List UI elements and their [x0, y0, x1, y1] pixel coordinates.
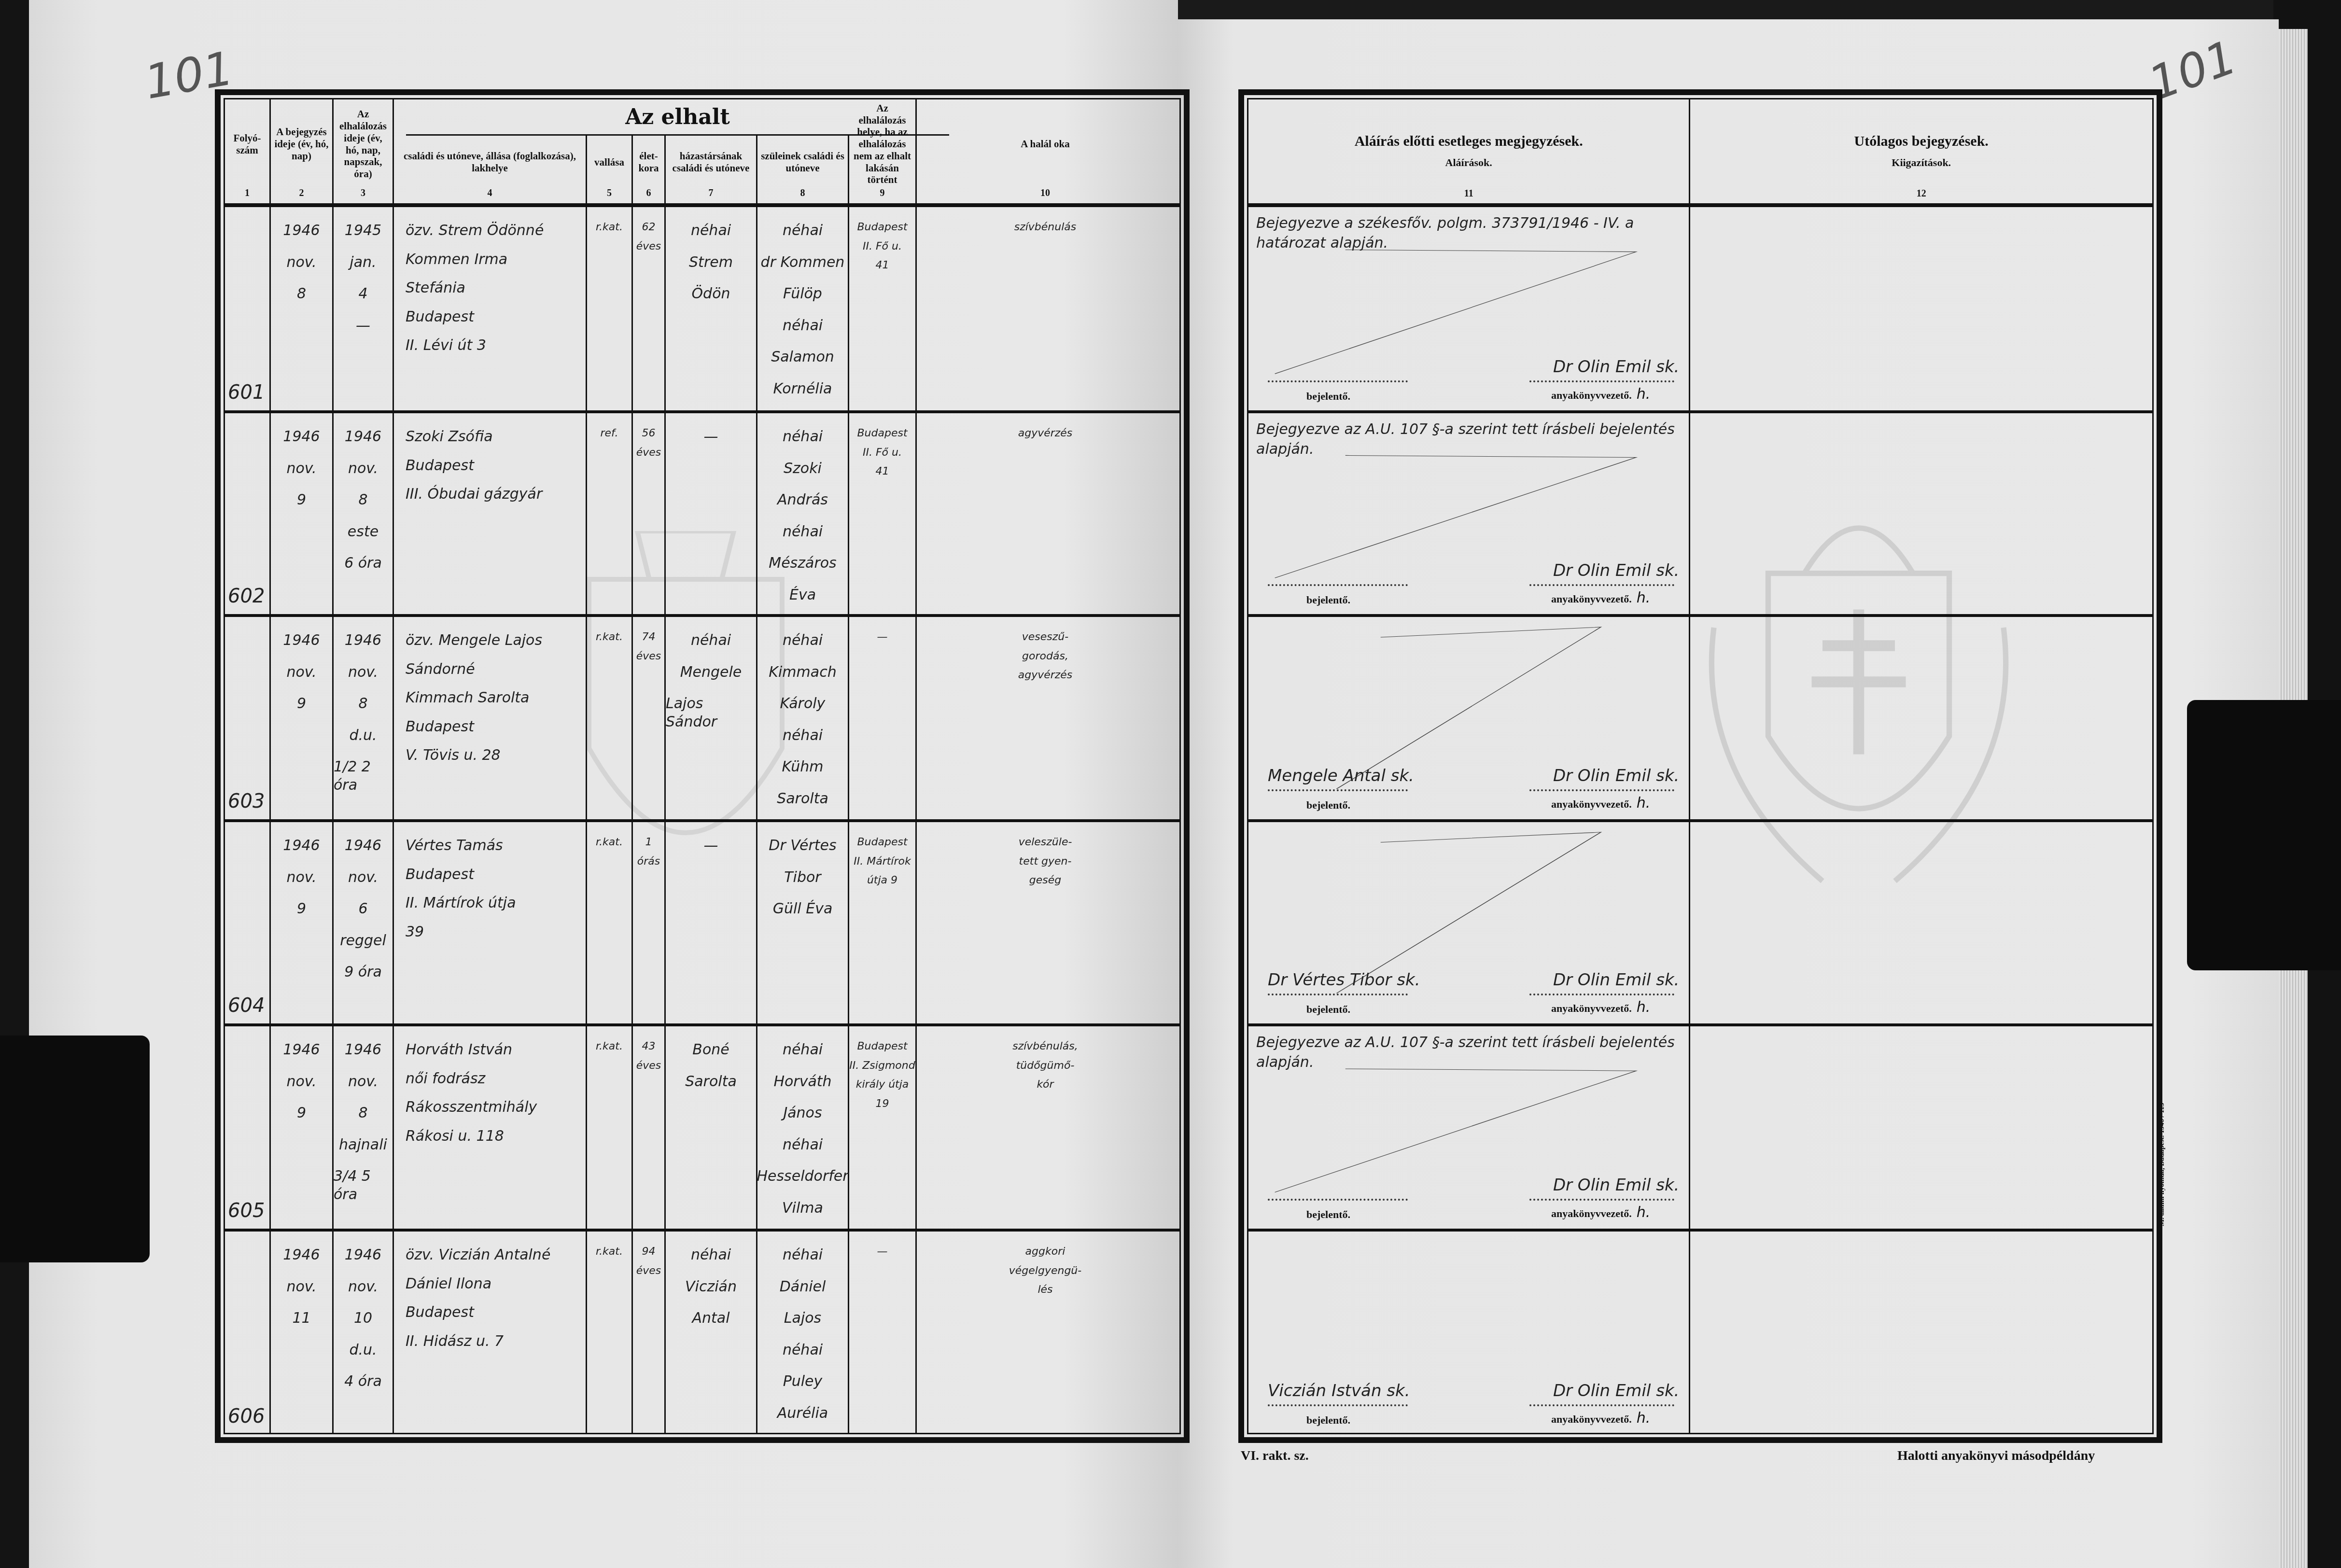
deceased-line: Budapest: [406, 1303, 474, 1322]
parents-line: Hesseldorfer: [757, 1167, 848, 1186]
cell-cause: veleszüle-tett gyen-geség: [917, 822, 1174, 1023]
registered-line: 1946: [283, 428, 320, 446]
column-label: A halál oka: [1018, 138, 1073, 150]
column-label: vallása: [591, 156, 627, 168]
parents-line: Güll Éva: [773, 900, 833, 918]
header-col-7: házastársának családi és utóneve7: [666, 136, 757, 203]
registered-line: nov.: [286, 253, 316, 272]
declarant-label: bejelentő.: [1306, 390, 1350, 403]
remark-text: Bejegyezve a székesfőv. polgm. 373791/19…: [1256, 214, 1681, 253]
deceased-line: özv. Strem Ödönné: [406, 222, 544, 240]
parents-line: Mészáros: [769, 554, 836, 573]
signature-line: [1529, 1199, 1674, 1201]
remarks-cell: Bejegyezve az A.U. 107 §-a szerint tett …: [1248, 413, 1690, 614]
remarks-cell: Viczián István sk.Dr Olin Emil sk.bejele…: [1248, 1232, 1690, 1434]
table-row: 6011946nov.81945jan.4—özv. Strem ÖdönnéK…: [225, 207, 1179, 413]
signature-line: [1268, 789, 1408, 791]
deceased-line: Rákosi u. 118: [406, 1127, 504, 1146]
cell-age: 62éves: [633, 207, 666, 410]
place-of-death-line: II. Fő u.: [863, 240, 902, 253]
died-line: 1946: [345, 1041, 381, 1059]
cause-line: lés: [1037, 1283, 1052, 1297]
cell-parents: néhaiHorváthJánosnéhaiHesseldorferVilma: [757, 1026, 849, 1229]
header-col-6: élet-kora6: [633, 136, 666, 203]
died-line: 1946: [345, 1246, 381, 1264]
deceased-line: Budapest: [406, 308, 474, 326]
cell-religion: r.kat.: [587, 617, 633, 819]
place-of-death-line: 41: [876, 259, 889, 272]
declarant-label: bejelentő.: [1306, 1414, 1350, 1427]
cell-cause: szívbénulás,tüdőgümő-kór: [917, 1026, 1174, 1229]
religion-value: r.kat.: [596, 221, 623, 234]
registered-line: 1946: [283, 222, 320, 240]
signature-line: [1268, 380, 1408, 382]
column-number: 8: [757, 188, 848, 199]
died-line: 1/2 2 óra: [334, 758, 393, 794]
signature-line: [1268, 994, 1408, 995]
column-number: 2: [271, 188, 332, 199]
cell-died: 1946nov.8hajnali3/4 5 óra: [334, 1026, 394, 1229]
table-row: 6041946nov.91946nov.6reggel9 óraVértes T…: [225, 822, 1179, 1026]
header-col-2: A bejegyzés ideje (év, hó, nap)2: [271, 99, 334, 203]
died-line: d.u.: [349, 727, 377, 745]
died-line: 3/4 5 óra: [334, 1167, 393, 1204]
remarks-cell: Dr Vértes Tibor sk.Dr Olin Emil sk.bejel…: [1248, 822, 1690, 1023]
parents-line: Szoki: [784, 460, 822, 478]
remarks-table: Aláírás előtti esetleges megjegyzések. A…: [1238, 89, 2162, 1443]
cell-place-of-death: BudapestII. Zsigmondkirály útja19: [849, 1026, 917, 1229]
header-col-12: Utólagos bejegyzések. Kiigazítások. 12: [1690, 99, 2152, 203]
column-number: 4: [394, 188, 586, 199]
spouse-line: —: [704, 428, 718, 446]
remarks-cell: Mengele Antal sk.Dr Olin Emil sk.bejelen…: [1248, 617, 1690, 819]
registrar-signature: Dr Olin Emil sk.: [1553, 970, 1680, 990]
register-title: Halotti anyakönyvi másodpéldány: [1897, 1448, 2095, 1464]
registrar-label-text: anyakönyvvezető.: [1551, 798, 1632, 810]
column-number: 1: [225, 188, 269, 199]
death-register-table: Az elhalt Folyó-szám1A bejegyzés ideje (…: [215, 89, 1190, 1443]
parents-line: Dániel: [780, 1278, 826, 1296]
parents-line: néhai: [783, 1341, 823, 1359]
parents-line: dr Kommen: [761, 253, 845, 272]
died-line: nov.: [348, 868, 378, 887]
deceased-line: Budapest: [406, 866, 474, 884]
header-col-3: Az elhalálozás ideje (év, hó, nap, napsz…: [334, 99, 394, 203]
signature-line: [1268, 1199, 1408, 1201]
died-line: 1946: [345, 428, 381, 446]
cause-line: tüdőgümő-: [1016, 1059, 1075, 1073]
column-number: 10: [917, 188, 1174, 199]
died-line: hajnali: [339, 1136, 387, 1154]
table-row: 6051946nov.91946nov.8hajnali3/4 5 óraHor…: [225, 1026, 1179, 1232]
signature-line: [1529, 1404, 1674, 1406]
col-12-subtitle: Kiigazítások.: [1690, 156, 2152, 169]
col-12-number: 12: [1690, 188, 2152, 199]
table-row: 6021946nov.91946nov.8este6 óraSzoki Zsóf…: [225, 413, 1179, 617]
died-line: nov.: [348, 1278, 378, 1296]
registered-line: 1946: [283, 631, 320, 650]
registered-line: nov.: [286, 1278, 316, 1296]
parents-line: András: [777, 491, 828, 509]
deceased-line: V. Tövis u. 28: [406, 746, 501, 765]
remarks-row: Bejegyezve az A.U. 107 §-a szerint tett …: [1248, 413, 2152, 617]
registrar-label: anyakönyvvezető.h.: [1551, 589, 1650, 606]
died-line: 9 óra: [344, 963, 382, 981]
parents-line: néhai: [783, 523, 823, 541]
died-line: 1946: [345, 837, 381, 855]
died-line: 8: [358, 1104, 367, 1122]
column-label: Az elhalálozás ideje (év, hó, nap, napsz…: [334, 108, 393, 180]
cell-serial: 603: [225, 617, 271, 819]
cell-place-of-death: —: [849, 617, 917, 819]
cell-parents: néhaiDánielLajosnéhaiPuleyAurélia: [757, 1232, 849, 1434]
table-row: 6031946nov.91946nov.8d.u.1/2 2 óraözv. M…: [225, 617, 1179, 822]
column-number: 9: [849, 188, 915, 199]
cause-line: agyvérzés: [1018, 427, 1073, 440]
spouse-line: Lajos Sándor: [666, 695, 756, 731]
age-line: órás: [637, 855, 660, 868]
signature-line: [1268, 584, 1408, 586]
spouse-line: néhai: [691, 1246, 731, 1264]
header-col-11: Aláírás előtti esetleges megjegyzések. A…: [1248, 99, 1690, 203]
registrar-label-text: anyakönyvvezető.: [1551, 593, 1632, 605]
spouse-line: Mengele: [680, 663, 742, 682]
age-line: 56: [642, 427, 656, 440]
parents-line: Sarolta: [777, 790, 828, 808]
parents-line: Dr Vértes: [769, 837, 836, 855]
died-line: —: [356, 317, 370, 335]
remarks-cell: Bejegyezve az A.U. 107 §-a szerint tett …: [1248, 1026, 1690, 1229]
cell-religion: r.kat.: [587, 822, 633, 1023]
cell-age: 74éves: [633, 617, 666, 819]
header-rule: [1248, 203, 2152, 207]
place-of-death-line: útja 9: [867, 874, 897, 887]
died-line: nov.: [348, 663, 378, 682]
place-of-death-line: 19: [876, 1097, 889, 1111]
deceased-line: Dániel Ilona: [406, 1275, 491, 1293]
cell-serial: 601: [225, 207, 271, 410]
registrar-label: anyakönyvvezető.h.: [1551, 999, 1650, 1016]
place-of-death-line: —: [877, 1245, 888, 1259]
registered-line: nov.: [286, 1073, 316, 1091]
deceased-line: III. Óbudai gázgyár: [406, 485, 542, 504]
age-line: éves: [636, 446, 661, 460]
registrar-initial: h.: [1637, 1410, 1651, 1427]
header-col-1: Folyó-szám1: [225, 99, 271, 203]
cell-deceased: özv. Viczián AntalnéDániel IlonaBudapest…: [394, 1232, 587, 1434]
serial-number: 603: [228, 789, 265, 813]
parents-line: János: [783, 1104, 822, 1122]
signature-line: [1529, 789, 1674, 791]
cell-parents: néhaiKimmachKárolynéhaiKühmSarolta: [757, 617, 849, 819]
registrar-signature: Dr Olin Emil sk.: [1553, 357, 1680, 377]
header-col-10: A halál oka10: [917, 99, 1174, 203]
place-of-death-line: Budapest: [857, 427, 907, 440]
died-line: d.u.: [349, 1341, 377, 1359]
col-12-title: Utólagos bejegyzések.: [1690, 133, 2152, 150]
cell-died: 1945jan.4—: [334, 207, 394, 410]
declarant-label: bejelentő.: [1306, 1208, 1350, 1221]
registrar-signature: Dr Olin Emil sk.: [1553, 561, 1680, 580]
deceased-line: Horváth István: [406, 1041, 512, 1059]
place-of-death-line: II. Mártírok: [854, 855, 911, 868]
cell-spouse: néhaiStremÖdön: [666, 207, 757, 410]
registrar-label: anyakönyvvezető.h.: [1551, 1204, 1650, 1221]
cell-spouse: —: [666, 822, 757, 1023]
died-line: nov.: [348, 460, 378, 478]
column-label: Az elhalálozás helye, ha az elhalálozás …: [849, 102, 915, 186]
cell-parents: Dr VértesTiborGüll Éva: [757, 822, 849, 1023]
age-line: éves: [636, 1264, 661, 1278]
column-label: Folyó-szám: [225, 132, 269, 156]
parents-line: Puley: [783, 1372, 823, 1391]
age-line: éves: [636, 650, 661, 663]
cell-cause: agyvérzés: [917, 413, 1174, 614]
registered-line: nov.: [286, 663, 316, 682]
age-line: 74: [642, 630, 656, 644]
registrar-initial: h.: [1637, 386, 1651, 403]
cell-serial: 605: [225, 1026, 271, 1229]
registered-line: 9: [297, 1104, 306, 1122]
storage-number-label: VI. rakt. sz.: [1241, 1448, 1309, 1464]
registered-line: 9: [297, 900, 306, 918]
cell-parents: néhaiSzokiAndrásnéhaiMészárosÉva: [757, 413, 849, 614]
deceased-line: Sándorné: [406, 660, 475, 679]
registrar-label-text: anyakönyvvezető.: [1551, 1207, 1632, 1219]
declarant-label: bejelentő.: [1306, 1003, 1350, 1016]
cell-deceased: özv. Mengele LajosSándornéKimmach Sarolt…: [394, 617, 587, 819]
age-line: 43: [642, 1040, 656, 1053]
serial-number: 606: [228, 1404, 265, 1428]
deceased-line: Szoki Zsófia: [406, 428, 493, 446]
col-11-number: 11: [1248, 188, 1689, 199]
deceased-line: Budapest: [406, 457, 474, 475]
cause-line: veseszű-: [1022, 630, 1068, 644]
cause-line: gorodás,: [1022, 650, 1068, 663]
signature-line: [1529, 584, 1674, 586]
deceased-line: II. Mártírok útja: [406, 894, 516, 912]
died-line: reggel: [340, 932, 386, 950]
cell-religion: r.kat.: [587, 207, 633, 410]
cause-line: geség: [1029, 874, 1061, 887]
parents-line: Lajos: [784, 1309, 821, 1328]
header-col-8: szüleinek családi és utóneve8: [757, 136, 849, 203]
died-line: 1946: [345, 631, 381, 650]
registered-line: 1946: [283, 1246, 320, 1264]
spouse-line: —: [704, 837, 718, 855]
signature-line: [1268, 1404, 1408, 1406]
remarks-row: Viczián István sk.Dr Olin Emil sk.bejele…: [1248, 1232, 2152, 1434]
serial-number: 602: [228, 584, 265, 608]
cell-died: 1946nov.8d.u.1/2 2 óra: [334, 617, 394, 819]
column-number: 3: [334, 188, 393, 199]
col-11-title: Aláírás előtti esetleges megjegyzések.: [1248, 133, 1689, 150]
registrar-initial: h.: [1637, 1204, 1651, 1221]
cell-age: 56éves: [633, 413, 666, 614]
cell-religion: r.kat.: [587, 1232, 633, 1434]
cell-registered: 1946nov.8: [271, 207, 334, 410]
place-of-death-line: Budapest: [857, 1040, 907, 1053]
serial-number: 605: [228, 1199, 265, 1223]
died-line: jan.: [350, 253, 376, 272]
cause-line: szívbénulás: [1014, 221, 1077, 234]
column-label: családi és utóneve, állása (foglalkozása…: [394, 150, 586, 174]
signature-line: [1529, 380, 1674, 382]
cell-place-of-death: —: [849, 1232, 917, 1434]
cell-serial: 606: [225, 1232, 271, 1434]
parents-line: néhai: [783, 1246, 823, 1264]
column-number: 6: [633, 188, 664, 199]
cell-registered: 1946nov.11: [271, 1232, 334, 1434]
signature-line: [1529, 994, 1674, 995]
cell-age: 1órás: [633, 822, 666, 1023]
age-line: éves: [636, 240, 661, 253]
deceased-line: özv. Mengele Lajos: [406, 631, 542, 650]
deceased-line: II. Lévi út 3: [406, 336, 486, 355]
age-line: 94: [642, 1245, 656, 1259]
deceased-line: Vértes Tamás: [406, 837, 503, 855]
deceased-line: Rákosszentmihály: [406, 1098, 537, 1117]
cause-line: szívbénulás,: [1012, 1040, 1078, 1053]
religion-value: r.kat.: [596, 836, 623, 849]
deceased-line: Kimmach Sarolta: [406, 689, 529, 707]
parents-line: néhai: [783, 1041, 823, 1059]
cell-spouse: —: [666, 413, 757, 614]
died-line: 1945: [345, 222, 381, 240]
remarks-row: Bejegyezve az A.U. 107 §-a szerint tett …: [1248, 1026, 2152, 1232]
cell-cause: veseszű-gorodás,agyvérzés: [917, 617, 1174, 819]
remark-text: Bejegyezve az A.U. 107 §-a szerint tett …: [1256, 1033, 1681, 1072]
age-line: 62: [642, 221, 656, 234]
cell-deceased: özv. Strem ÖdönnéKommen IrmaStefániaBuda…: [394, 207, 587, 410]
cell-place-of-death: BudapestII. Mártírokútja 9: [849, 822, 917, 1023]
place-of-death-line: Budapest: [857, 836, 907, 849]
serial-number: 601: [228, 380, 265, 405]
spouse-line: Strem: [689, 253, 733, 272]
registrar-label-text: anyakönyvvezető.: [1551, 389, 1632, 401]
declarant-label: bejelentő.: [1306, 799, 1350, 812]
cell-registered: 1946nov.9: [271, 617, 334, 819]
place-of-death-line: 41: [876, 465, 889, 478]
registered-line: nov.: [286, 460, 316, 478]
table-row: 6061946nov.111946nov.10d.u.4 óraözv. Vic…: [225, 1232, 1179, 1434]
parents-line: Kimmach: [769, 663, 836, 682]
registrar-initial: h.: [1637, 795, 1651, 812]
parents-line: Tibor: [784, 868, 821, 887]
place-of-death-line: II. Zsigmond: [849, 1059, 915, 1073]
cell-registered: 1946nov.9: [271, 1026, 334, 1229]
cell-deceased: Horváth Istvánnői fodrászRákosszentmihál…: [394, 1026, 587, 1229]
died-line: 4: [358, 285, 367, 303]
cell-religion: r.kat.: [587, 1026, 633, 1229]
cell-age: 43éves: [633, 1026, 666, 1229]
declarant-signature: Viczián István sk.: [1268, 1381, 1410, 1400]
cause-line: végelgyengü-: [1009, 1264, 1081, 1278]
registrar-label: anyakönyvvezető.h.: [1551, 1410, 1650, 1427]
cause-line: tett gyen-: [1019, 855, 1072, 868]
age-line: 1: [645, 836, 652, 849]
died-line: 8: [358, 491, 367, 509]
place-of-death-line: Budapest: [857, 221, 907, 234]
printer-note: M. állami nyomda, Budapest. 1946 / 113: [2158, 1103, 2166, 1226]
cell-serial: 604: [225, 822, 271, 1023]
registered-line: 8: [297, 285, 306, 303]
died-line: 10: [354, 1309, 372, 1328]
cell-parents: néhaidr KommenFülöpnéhaiSalamonKornélia: [757, 207, 849, 410]
registrar-signature: Dr Olin Emil sk.: [1553, 1381, 1680, 1400]
cell-cause: szívbénulás: [917, 207, 1174, 410]
parents-line: Károly: [780, 695, 826, 713]
cell-age: 94éves: [633, 1232, 666, 1434]
deceased-line: Kommen Irma: [406, 251, 507, 269]
cell-registered: 1946nov.9: [271, 822, 334, 1023]
registered-line: nov.: [286, 868, 316, 887]
registered-line: 11: [292, 1309, 310, 1328]
deceased-line: Stefánia: [406, 279, 465, 297]
remarks-row: Bejegyezve a székesfőv. polgm. 373791/19…: [1248, 207, 2152, 413]
registered-line: 9: [297, 695, 306, 713]
died-line: 6: [358, 900, 367, 918]
cell-spouse: BonéSarolta: [666, 1026, 757, 1229]
header-rule: [225, 203, 1179, 207]
registered-line: 1946: [283, 837, 320, 855]
spouse-line: Antal: [692, 1309, 729, 1328]
age-line: éves: [636, 1059, 661, 1073]
parents-line: Kornélia: [773, 380, 832, 398]
cause-line: aggkori: [1025, 1245, 1065, 1259]
died-line: este: [348, 523, 378, 541]
column-label: házastársának családi és utóneve: [666, 150, 756, 174]
declarant-signature: Dr Vértes Tibor sk.: [1268, 970, 1420, 990]
parents-line: Horváth: [773, 1073, 831, 1091]
cell-place-of-death: BudapestII. Fő u.41: [849, 413, 917, 614]
parents-line: Fülöp: [783, 285, 822, 303]
religion-value: r.kat.: [596, 1245, 623, 1259]
binding-clip-left: [0, 1036, 150, 1262]
parents-line: Salamon: [771, 348, 834, 366]
spouse-line: Viczián: [685, 1278, 737, 1296]
header-col-9: Az elhalálozás helye, ha az elhalálozás …: [849, 99, 917, 203]
deceased-line: Budapest: [406, 718, 474, 736]
declarant-label: bejelentő.: [1306, 594, 1350, 606]
cause-line: kór: [1037, 1078, 1053, 1092]
cell-religion: ref.: [587, 413, 633, 614]
parents-line: néhai: [783, 428, 823, 446]
parents-line: néhai: [783, 631, 823, 650]
died-line: nov.: [348, 1073, 378, 1091]
registrar-label-text: anyakönyvvezető.: [1551, 1413, 1632, 1425]
parents-line: néhai: [783, 222, 823, 240]
registrar-label: anyakönyvvezető.h.: [1551, 386, 1650, 403]
place-of-death-line: —: [877, 630, 888, 644]
cell-died: 1946nov.6reggel9 óra: [334, 822, 394, 1023]
place-of-death-line: II. Fő u.: [863, 446, 902, 460]
deceased-line: női fodrász: [406, 1070, 485, 1088]
spouse-line: Sarolta: [685, 1073, 737, 1091]
col-11-subtitle: Aláírások.: [1248, 156, 1689, 169]
cell-deceased: Vértes TamásBudapestII. Mártírok útja39: [394, 822, 587, 1023]
column-number: 5: [587, 188, 631, 199]
registrar-label: anyakönyvvezető.h.: [1551, 795, 1650, 812]
cell-died: 1946nov.10d.u.4 óra: [334, 1232, 394, 1434]
parents-line: néhai: [783, 317, 823, 335]
registrar-initial: h.: [1637, 589, 1651, 606]
column-label: élet-kora: [633, 150, 664, 174]
spouse-line: néhai: [691, 631, 731, 650]
parents-line: Aurélia: [777, 1404, 828, 1423]
remark-text: Bejegyezve az A.U. 107 §-a szerint tett …: [1256, 420, 1681, 459]
place-of-death-line: király útja: [856, 1078, 909, 1092]
